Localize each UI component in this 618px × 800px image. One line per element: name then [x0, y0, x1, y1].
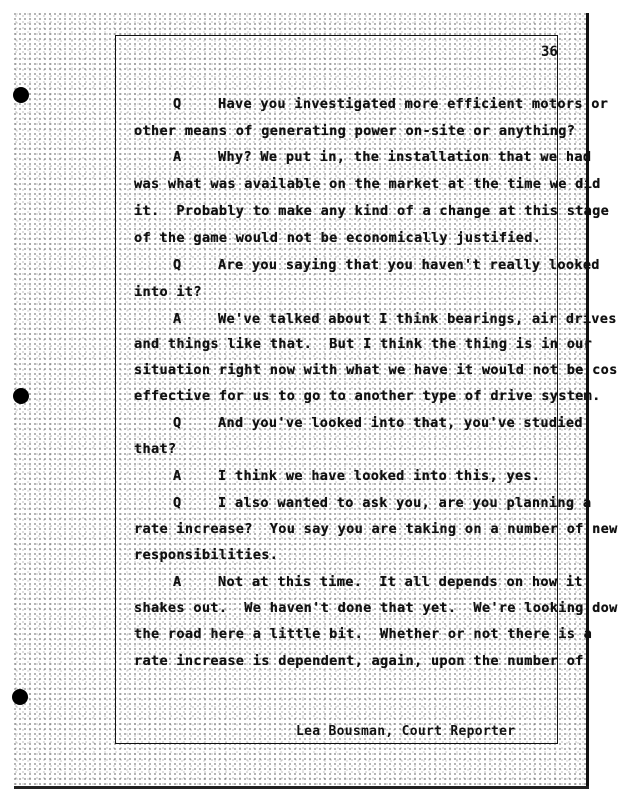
transcript-line: and things like that. But I think the th… — [134, 336, 592, 352]
transcript-line: QAnd you've looked into that, you've stu… — [134, 415, 583, 431]
line-text: and things like that. But I think the th… — [134, 336, 592, 352]
transcript-line: QI also wanted to ask you, are you plann… — [134, 495, 591, 511]
transcript-line: rate increase is dependent, again, upon … — [134, 653, 584, 669]
line-text: Not at this time. It all depends on how … — [218, 574, 583, 590]
page-number: 36 — [541, 44, 558, 60]
transcript-line: the road here a little bit. Whether or n… — [134, 626, 592, 642]
transcript-line: AWe've talked about I think bearings, ai… — [134, 311, 617, 327]
transcript-line: other means of generating power on-site … — [134, 123, 575, 139]
speaker-label: A — [134, 574, 218, 590]
line-text: other means of generating power on-site … — [134, 123, 575, 139]
line-text: of the game would not be economically ju… — [134, 230, 541, 246]
transcript-line: situation right now with what we have it… — [134, 362, 618, 378]
transcript-line: rate increase? You say you are taking on… — [134, 521, 618, 537]
transcript-line: AI think we have looked into this, yes. — [134, 468, 540, 484]
punch-hole-icon — [13, 87, 29, 103]
line-text: And you've looked into that, you've stud… — [218, 415, 583, 431]
transcript-line: of the game would not be economically ju… — [134, 230, 541, 246]
line-text: Have you investigated more efficient mot… — [218, 96, 608, 112]
line-text: We've talked about I think bearings, air… — [218, 311, 617, 327]
transcript-line: AWhy? We put in, the installation that w… — [134, 149, 591, 165]
court-reporter-footer: Lea Bousman, Court Reporter — [296, 724, 515, 739]
transcript-line: that? — [134, 441, 176, 457]
line-text: was what was available on the market at … — [134, 176, 601, 192]
speaker-label: A — [134, 468, 218, 484]
transcript-line: shakes out. We haven't done that yet. We… — [134, 600, 618, 616]
line-text: into it? — [134, 284, 202, 300]
transcript-line: was what was available on the market at … — [134, 176, 601, 192]
speaker-label: A — [134, 311, 218, 327]
line-text: Why? We put in, the installation that we… — [218, 149, 591, 165]
line-text: situation right now with what we have it… — [134, 362, 618, 378]
line-text: shakes out. We haven't done that yet. We… — [134, 600, 618, 616]
line-text: rate increase? You say you are taking on… — [134, 521, 618, 537]
line-text: effective for us to go to another type o… — [134, 388, 601, 404]
line-text: it. Probably to make any kind of a chang… — [134, 203, 609, 219]
line-text: rate increase is dependent, again, upon … — [134, 653, 584, 669]
line-text: the road here a little bit. Whether or n… — [134, 626, 592, 642]
transcript-line: it. Probably to make any kind of a chang… — [134, 203, 609, 219]
line-text: that? — [134, 441, 176, 457]
line-text: Are you saying that you haven't really l… — [218, 257, 600, 273]
line-text: responsibilities. — [134, 547, 278, 563]
transcript-line: QAre you saying that you haven't really … — [134, 257, 600, 273]
speaker-label: A — [134, 149, 218, 165]
speaker-label: Q — [134, 495, 218, 511]
transcript-line: into it? — [134, 284, 202, 300]
speaker-label: Q — [134, 415, 218, 431]
punch-hole-icon — [13, 388, 29, 404]
line-text: I think we have looked into this, yes. — [218, 468, 540, 484]
transcript-line: responsibilities. — [134, 547, 278, 563]
transcript-line: ANot at this time. It all depends on how… — [134, 574, 583, 590]
transcript-line: QHave you investigated more efficient mo… — [134, 96, 608, 112]
line-text: I also wanted to ask you, are you planni… — [218, 495, 591, 511]
transcript-line: effective for us to go to another type o… — [134, 388, 601, 404]
speaker-label: Q — [134, 96, 218, 112]
punch-hole-icon — [12, 689, 28, 705]
speaker-label: Q — [134, 257, 218, 273]
page-edge-bottom — [14, 786, 589, 789]
